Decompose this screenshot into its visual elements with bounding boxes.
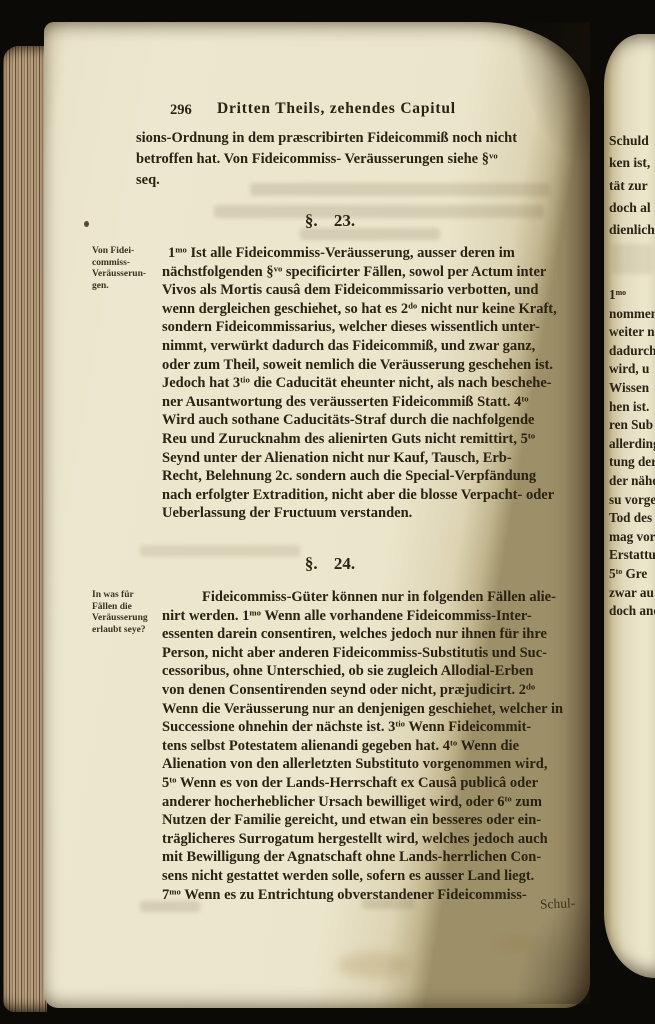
text-line: Erstattu	[609, 546, 655, 565]
text-line: Recht, Belehnung 2c. sondern auch die Sp…	[162, 467, 588, 486]
text-line: Person, nicht aber anderen Fideicommiss-…	[162, 644, 588, 663]
text-line: Veräusserun-	[92, 269, 160, 281]
text-line: doch al	[609, 197, 655, 219]
book-scan: 296 Dritten Theils, zehendes Capitul sio…	[0, 0, 655, 1024]
text-line: su vorge	[609, 491, 655, 510]
text-line: seq.	[136, 170, 586, 191]
text-line: essenten darein consentiren, welches jed…	[162, 625, 588, 644]
text-line: hen ist.	[609, 398, 655, 417]
page-edge-stack	[3, 46, 47, 1012]
text-line: dadurch	[609, 342, 655, 361]
text-line: tung der	[609, 453, 655, 472]
text-line: sions-Ordnung in dem præscribirten Fidei…	[136, 128, 586, 149]
text-line: sens nicht gestattet werden solle, sofer…	[162, 867, 588, 886]
catchword: Schul-	[540, 895, 576, 912]
text-line: Nutzen der Familie gereicht, und etwan e…	[162, 811, 588, 830]
text-line: 7mo Wenn es zu Entrichtung obverstandene…	[162, 886, 588, 905]
text-line: mag vor	[609, 528, 655, 547]
text-line: Von Fidei-	[92, 246, 160, 258]
running-header: Dritten Theils, zehendes Capitul	[217, 100, 456, 118]
text-line: nimmt, verwürkt dadurch das Fideicommiß,…	[162, 337, 588, 356]
section-24-heading: §. 24.	[158, 554, 502, 574]
text-line: gen.	[92, 281, 160, 293]
text-line: wenn dergleichen geschiehet, so hat es 2…	[162, 300, 588, 319]
text-line: tät zur	[609, 175, 655, 197]
text-line: ken ist,	[609, 152, 655, 174]
text-line: In was für	[92, 590, 160, 602]
text-line: der nähe	[609, 472, 655, 491]
page-number: 296	[170, 102, 192, 119]
text-line: wird, u	[609, 360, 655, 379]
text-line: Seynd unter der Alienation nicht nur Kau…	[162, 449, 588, 468]
text-line: cessoribus, ohne Unterschied, ob sie zug…	[162, 662, 588, 681]
text-line: Fällen die	[92, 602, 160, 614]
text-line: nächstfolgenden §vo specificirter Fällen…	[162, 263, 588, 282]
text-line: träglicheres Surrogatum hergestellt wird…	[162, 830, 588, 849]
text-line: ner Ausantwortung des veräusserten Fidei…	[162, 393, 588, 412]
facing-page-text-lower: 1monommenweiter ndadurchwird, uWissenhen…	[609, 286, 655, 621]
text-line: commiss-	[92, 258, 160, 270]
text-line: allerding	[609, 435, 655, 454]
section-23-body: 1mo Ist alle Fideicommiss-Veräusserung, …	[162, 244, 588, 523]
text-line: von denen Consentirenden seynd oder nich…	[162, 681, 588, 700]
text-line: Wird auch sothane Caducitäts-Straf durch…	[162, 411, 588, 430]
text-line: zwar au	[609, 584, 655, 603]
facing-page-text-upper: Schuldken ist,tät zurdoch aldienlich	[609, 130, 655, 241]
text-line: Schuld	[609, 130, 655, 152]
text-line: Reu und Zurucknahm des alienirten Guts n…	[162, 430, 588, 449]
text-line: Tod des	[609, 509, 655, 528]
text-line: doch and	[609, 602, 655, 621]
text-line: Successione ohnehin der nächste ist. 3ti…	[162, 718, 588, 737]
text-line: betroffen hat. Von Fideicommiss- Veräuss…	[136, 149, 586, 170]
text-line: sondern Fideicommissarius, welcher diese…	[162, 318, 588, 337]
text-line: Veräusserung	[92, 613, 160, 625]
text-line: oder zum Theil, soweit nemlich die Veräu…	[162, 356, 588, 375]
text-line: Wenn die Veräusserung nur an denjenigen …	[162, 700, 588, 719]
text-line: Alienation von den allerletzten Substitu…	[162, 755, 588, 774]
text-line: 5to Wenn es von der Lands-Herrschaft ex …	[162, 774, 588, 793]
text-line: Wissen	[609, 379, 655, 398]
text-line: erlaubt seye?	[92, 625, 160, 637]
text-line: dienlich	[609, 219, 655, 241]
text-line: Jedoch hat 3tio die Caducität eheunter n…	[162, 374, 588, 393]
text-line: 1mo Ist alle Fideicommiss-Veräusserung, …	[162, 244, 588, 263]
text-line: Ueberlassung der Fructuum verstanden.	[162, 504, 588, 523]
intro-paragraph: sions-Ordnung in dem præscribirten Fidei…	[136, 128, 586, 191]
text-line: 1mo	[609, 286, 655, 305]
margin-note-section-24: In was fürFällen dieVeräusserungerlaubt …	[92, 590, 160, 636]
text-line: Vivos als Mortis causâ dem Fideicommissa…	[162, 281, 588, 300]
text-line: 5to Gre	[609, 565, 655, 584]
text-line: nommen	[609, 305, 655, 324]
text-line: anderer hocherheblicher Ursach bewillige…	[162, 793, 588, 812]
text-line: nirt werden. 1mo Wenn alle vorhandene Fi…	[162, 607, 588, 626]
text-line: mit Bewilligung der Agnatschaft ohne Lan…	[162, 848, 588, 867]
text-line: tens selbst Potestatem alienandi gegeben…	[162, 737, 588, 756]
section-24-body: Fideicommiss-Güter können nur in folgend…	[162, 588, 588, 904]
text-line: Fideicommiss-Güter können nur in folgend…	[162, 588, 588, 607]
text-line: ren Sub	[609, 416, 655, 435]
text-line: weiter n	[609, 323, 655, 342]
margin-note-section-23: Von Fidei-commiss-Veräusserun-gen.	[92, 246, 160, 292]
section-23-heading: §. 23.	[158, 211, 502, 231]
text-line: nach erfolgter Extradition, nicht aber d…	[162, 486, 588, 505]
